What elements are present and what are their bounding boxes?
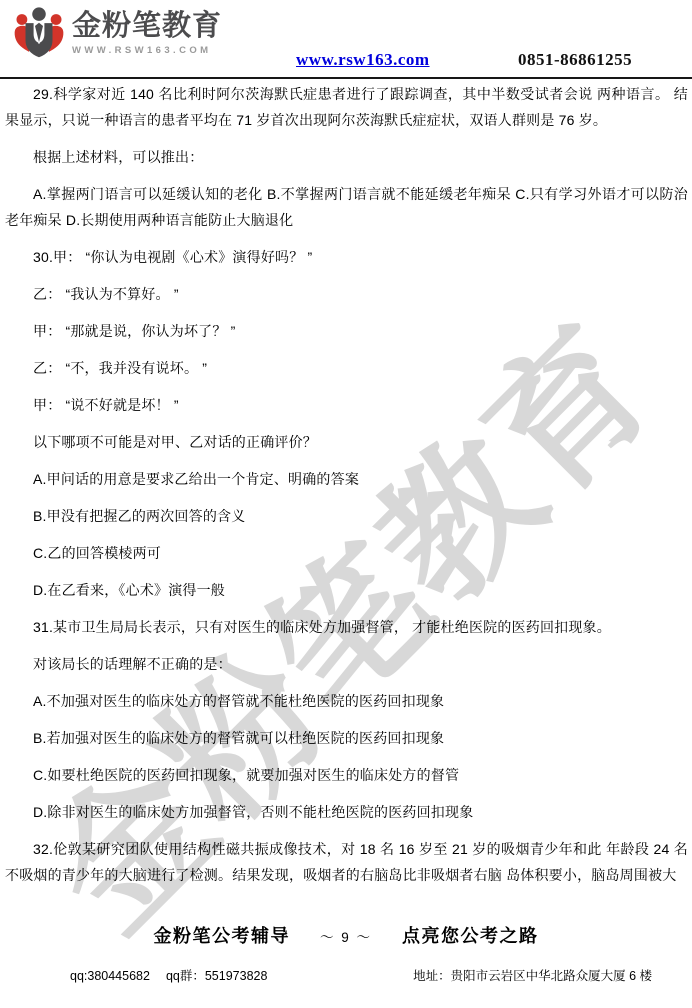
- question-30-option-a: A.甲问话的用意是要求乙给出一个肯定、明确的答案: [5, 466, 688, 492]
- qq-contacts: qq:380445682qq群：551973828: [70, 966, 283, 984]
- question-30-dialog-3: 甲： “那就是说，你认为坏了？ ”: [5, 318, 688, 344]
- brand-text-block: 金粉笔教育 WWW.RSW163.COM: [72, 10, 222, 56]
- question-30-option-d: D.在乙看来，《心术》演得一般: [5, 577, 688, 603]
- question-30-dialog-1: 30.甲： “你认为电视剧《心术》演得好吗？ ”: [5, 244, 688, 270]
- qq-number: qq:380445682: [70, 969, 150, 983]
- page-number: ～ 9 ～: [320, 930, 372, 945]
- brand-name: 金粉笔教育: [72, 10, 222, 43]
- site-link[interactable]: www.rsw163.com: [296, 50, 430, 70]
- question-29-stem: 29.科学家对近 140 名比利时阿尔茨海默氏症患者进行了跟踪调查，其中半数受试…: [5, 81, 688, 133]
- question-29-options: A.掌握两门语言可以延缓认知的老化 B.不掌握两门语言就不能延缓老年痴呆 C.只…: [5, 181, 688, 233]
- question-30-dialog-2: 乙： “我认为不算好。 ”: [5, 281, 688, 307]
- address: 地址：贵阳市云岩区中华北路众厦大厦 6 楼: [413, 966, 652, 984]
- question-30-dialog-5: 甲： “说不好就是坏！ ”: [5, 392, 688, 418]
- brand-site-url: WWW.RSW163.COM: [72, 45, 222, 56]
- question-30-option-c: C.乙的回答模棱两可: [5, 540, 688, 566]
- phone-number: 0851-86861255: [518, 50, 632, 70]
- brand-logo: 金粉笔教育 WWW.RSW163.COM: [12, 6, 222, 60]
- question-29-prompt: 根据上述材料，可以推出：: [5, 144, 688, 170]
- footer-brand: 金粉笔公考辅导: [153, 926, 290, 946]
- footer-contact-line: qq:380445682qq群：551973828 地址：贵阳市云岩区中华北路众…: [0, 966, 692, 984]
- question-31-option-d: D.除非对医生的临床处方加强督管，否则不能杜绝医院的医药回扣现象: [5, 799, 688, 825]
- question-32-stem: 32.伦敦某研究团队使用结构性磁共振成像技术，对 18 名 16 岁至 21 岁…: [5, 836, 688, 888]
- question-31-prompt: 对该局长的话理解不正确的是：: [5, 651, 688, 677]
- footer-slogan-line: 金粉笔公考辅导～ 9 ～点亮您公考之路: [0, 922, 692, 948]
- document-page: 金粉笔教育 WWW.RSW163.COM www.rsw163.com 0851…: [0, 0, 692, 1008]
- question-30-prompt: 以下哪项不可能是对甲、乙对话的正确评价？: [5, 429, 688, 455]
- question-31-option-b: B.若加强对医生的临床处方的督管就可以杜绝医院的医药回扣现象: [5, 725, 688, 751]
- people-logo-icon: [12, 6, 66, 60]
- question-30-dialog-4: 乙： “不，我并没有说坏。 ”: [5, 355, 688, 381]
- question-content: 29.科学家对近 140 名比利时阿尔茨海默氏症患者进行了跟踪调查，其中半数受试…: [0, 79, 692, 888]
- footer-slogan: 点亮您公考之路: [402, 926, 539, 946]
- question-31-option-c: C.如要杜绝医院的医药回扣现象，就要加强对医生的临床处方的督管: [5, 762, 688, 788]
- question-31-option-a: A.不加强对医生的临床处方的督管就不能杜绝医院的医药回扣现象: [5, 688, 688, 714]
- page-header: 金粉笔教育 WWW.RSW163.COM www.rsw163.com 0851…: [0, 0, 692, 79]
- question-30-option-b: B.甲没有把握乙的两次回答的含义: [5, 503, 688, 529]
- qq-group-number: qq群：551973828: [166, 969, 267, 983]
- question-31-stem: 31.某市卫生局局长表示，只有对医生的临床处方加强督管， 才能杜绝医院的医药回扣…: [5, 614, 688, 640]
